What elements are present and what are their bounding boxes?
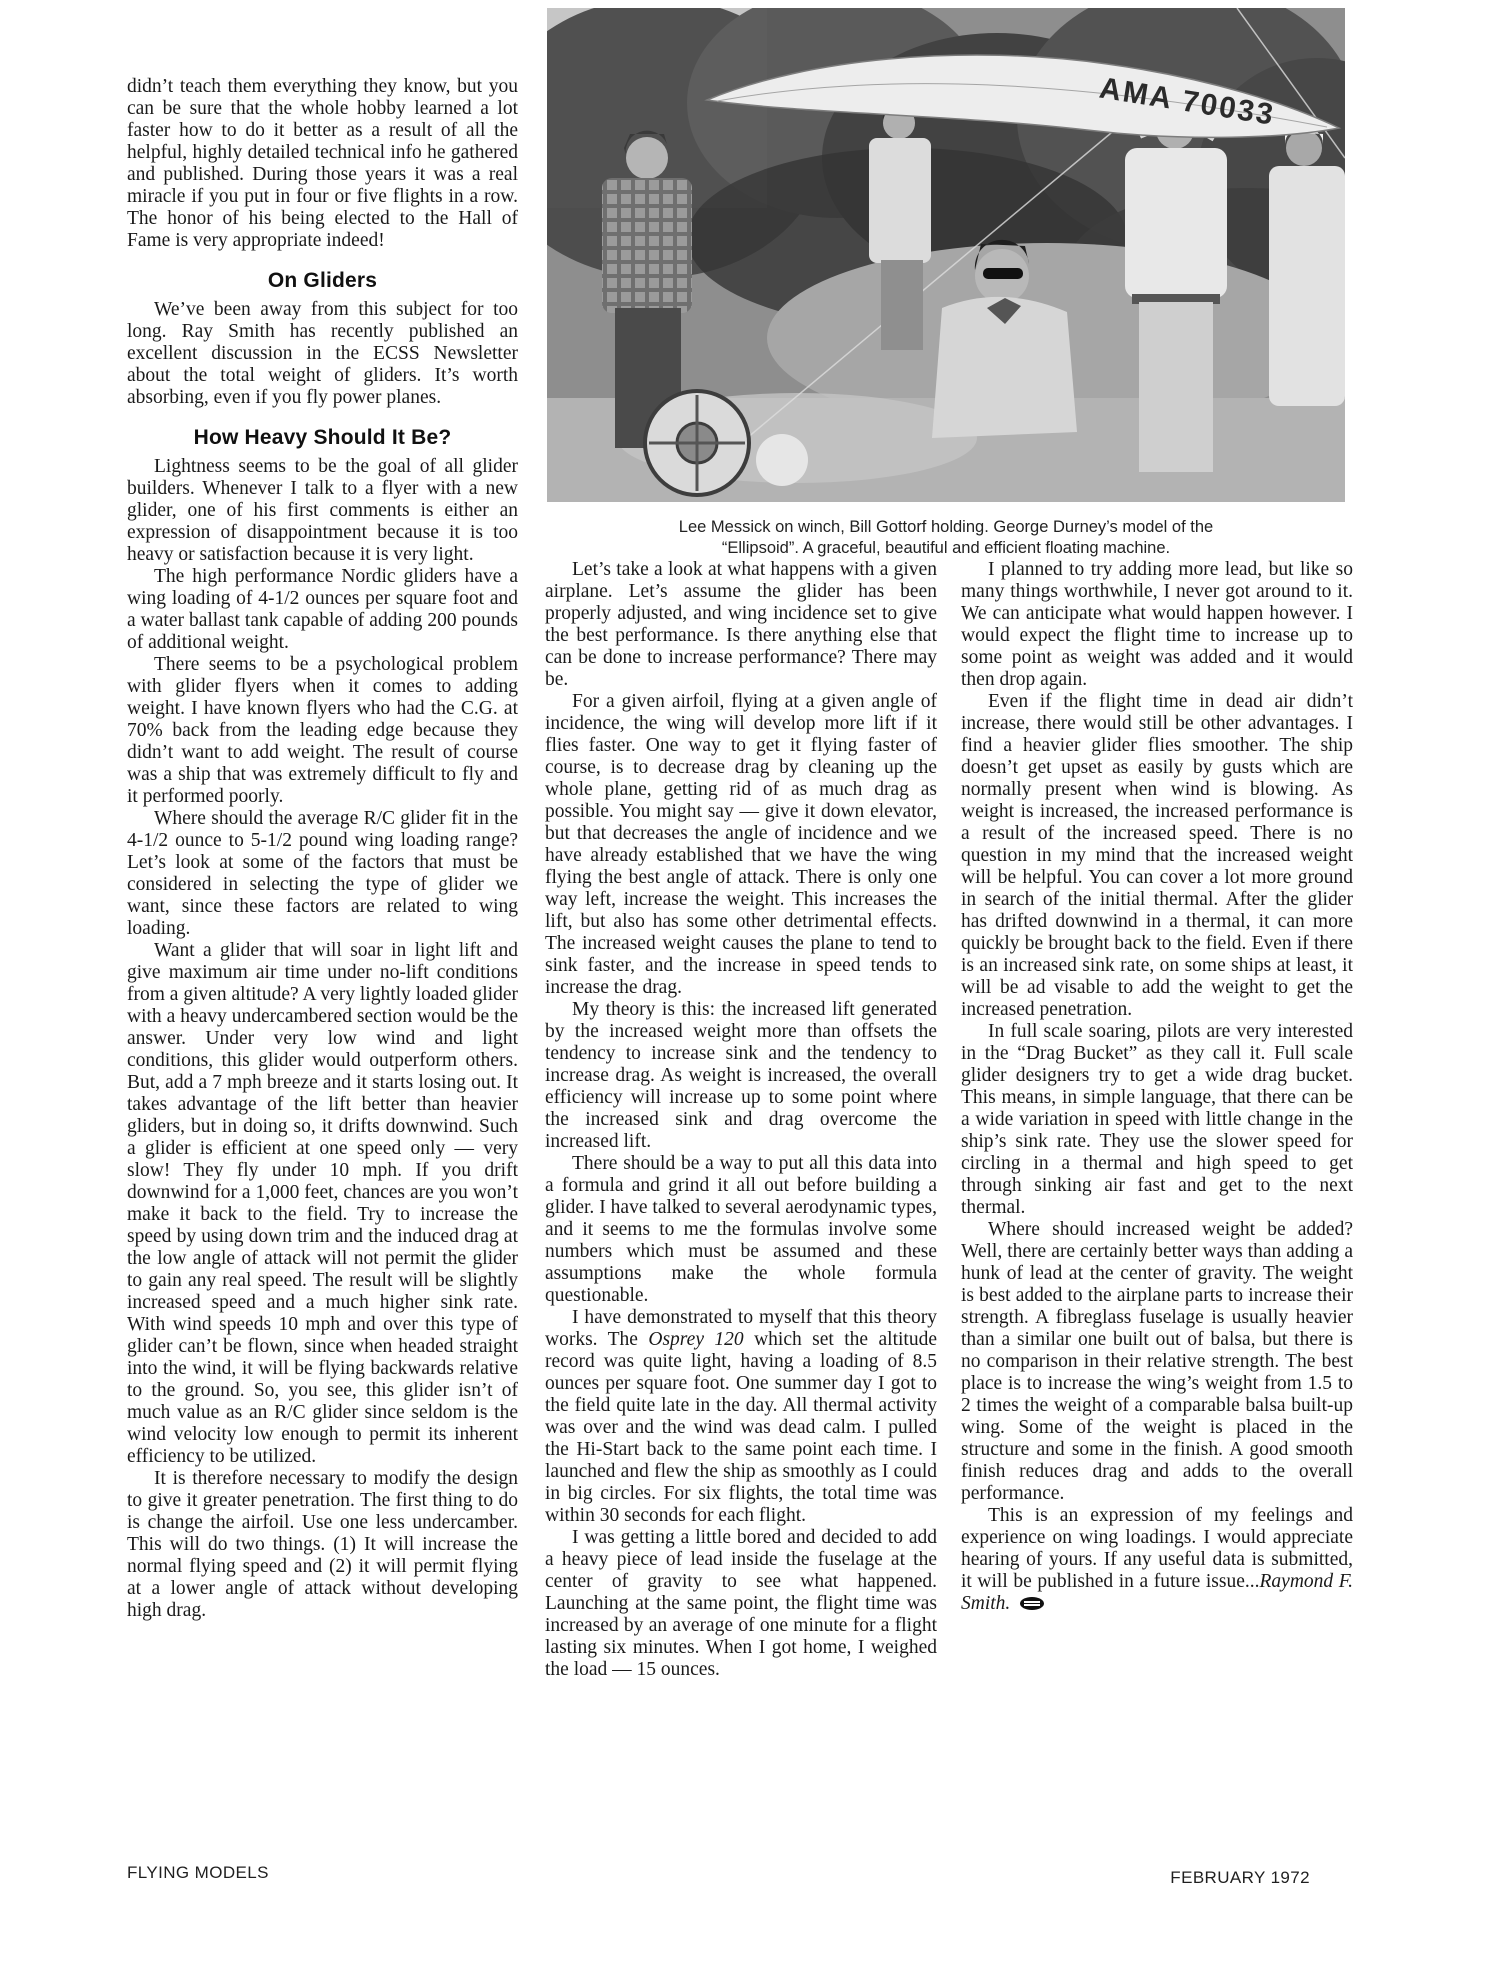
paragraph: I planned to try adding more lead, but l… [961,559,1353,691]
section-heading-how-heavy: How Heavy Should It Be? [127,426,518,450]
paragraph-text: which set the altitude record was quite … [545,1329,937,1526]
paragraph: It is therefore necessary to modify the … [127,1468,518,1622]
paragraph: There seems to be a psychological proble… [127,654,518,808]
footer-magazine-name: FLYING MODELS [127,1863,269,1883]
photo-caption: Lee Messick on winch, Bill Gottorf holdi… [547,517,1345,559]
paragraph: Even if the flight time in dead air didn… [961,691,1353,1021]
paragraph: In full scale soaring, pilots are very i… [961,1021,1353,1219]
paragraph: We’ve been away from this subject for to… [127,299,518,409]
right-column: I planned to try adding more lead, but l… [961,559,1353,1615]
paragraph: Let’s take a look at what happens with a… [545,559,937,691]
paragraph: For a given airfoil, flying at a given a… [545,691,937,999]
person-holding-wing [1125,106,1227,472]
paragraph: There should be a way to put all this da… [545,1153,937,1307]
osprey-model-name: Osprey 120 [648,1329,743,1350]
end-of-article-icon [1020,1597,1044,1610]
photo-illustration: AMA 70033 [547,8,1345,502]
paragraph: Where should increased weight be added? … [961,1219,1353,1505]
paragraph-osprey: I have demonstrated to myself that this … [545,1307,937,1527]
paragraph: Want a glider that will soar in light li… [127,940,518,1468]
paragraph: Where should the average R/C glider fit … [127,808,518,940]
person-far-right [1269,127,1345,406]
magazine-page: didn’t teach them everything they know, … [0,0,1500,1977]
article-photo: AMA 70033 [547,8,1345,502]
photo-caption-line2: “Ellipsoid”. A graceful, beautiful and e… [547,538,1345,559]
middle-column: Let’s take a look at what happens with a… [545,559,937,1681]
paragraph: I was getting a little bored and decided… [545,1527,937,1681]
paragraph: Lightness seems to be the goal of all gl… [127,456,518,566]
photo-caption-line1: Lee Messick on winch, Bill Gottorf holdi… [547,517,1345,538]
intro-paragraph: didn’t teach them everything they know, … [127,76,518,252]
section-heading-on-gliders: On Gliders [127,269,518,293]
left-column: didn’t teach them everything they know, … [127,76,518,1622]
paragraph-signoff: This is an expression of my feelings and… [961,1505,1353,1615]
paragraph: My theory is this: the increased lift ge… [545,999,937,1153]
footer-issue-date: FEBRUARY 1972 [1170,1868,1310,1888]
paragraph: The high performance Nordic gliders have… [127,566,518,654]
